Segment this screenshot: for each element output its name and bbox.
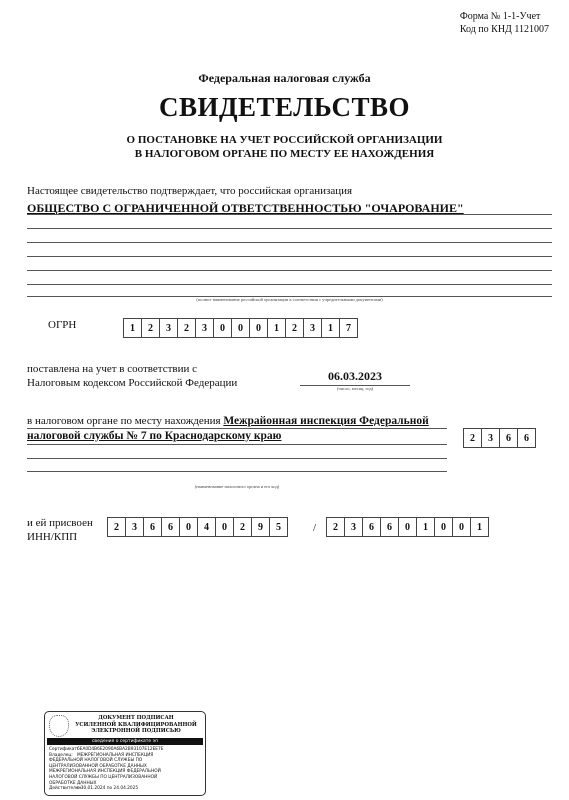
org-blank-rule [27,256,552,257]
digit-cell: 1 [417,518,435,536]
tax-authority: в налоговом органе по месту нахождения М… [27,414,447,444]
digit-cell: 6 [500,429,518,447]
digit-cell: 3 [196,319,214,337]
digit-cell: 1 [322,319,340,337]
registration-line-1: поставлена на учет в соответствии с [27,362,237,376]
registration-text: поставлена на учет в соответствии с Нало… [27,362,237,390]
ogrn-cells: 1232300012317 [123,318,358,338]
digit-cell: 3 [482,429,500,447]
digit-cell: 0 [453,518,471,536]
valid-value: с 30.01.2024 по 24.04.2025 [77,786,138,791]
org-blank-rule [27,242,552,243]
stamp-heading-3: ЭЛЕКТРОННОЙ ПОДПИСЬЮ [69,728,203,735]
subtitle-line-2: В НАЛОГОВОМ ОРГАНЕ ПО МЕСТУ ЕЕ НАХОЖДЕНИ… [0,147,569,161]
valid-label: Действителен: [49,786,77,792]
org-blank-rule [27,270,552,271]
authority-code-cells: 2366 [463,428,536,448]
digit-cell: 1 [268,319,286,337]
digit-cell: 6 [162,518,180,536]
stamp-heading: ДОКУМЕНТ ПОДПИСАН УСИЛЕННОЙ КВАЛИФИЦИРОВ… [69,715,203,735]
digit-cell: 4 [198,518,216,536]
coat-of-arms-icon [49,715,69,737]
electronic-signature-stamp: ДОКУМЕНТ ПОДПИСАН УСИЛЕННОЙ КВАЛИФИЦИРОВ… [44,711,206,796]
registration-date: 06.03.2023 [300,369,410,384]
digit-cell: 3 [126,518,144,536]
digit-cell: 1 [471,518,488,536]
stamp-bar: сведения о сертификате эп [47,738,203,745]
date-caption: (число, месяц, год) [300,386,410,391]
subtitle-line-1: О ПОСТАНОВКЕ НА УЧЕТ РОССИЙСКОЙ ОРГАНИЗА… [0,133,569,147]
digit-cell: 2 [178,319,196,337]
kpp-cells: 236601001 [326,517,489,537]
inn-kpp-label: и ей присвоен ИНН/КПП [27,516,93,544]
digit-cell: 0 [214,319,232,337]
digit-cell: 0 [216,518,234,536]
authority-rule [27,458,447,459]
inn-kpp-label-2: ИНН/КПП [27,530,93,544]
authority-rule [27,471,447,472]
digit-cell: 2 [234,518,252,536]
agency-name: Федеральная налоговая служба [0,71,569,86]
digit-cell: 3 [160,319,178,337]
authority-caption: (наименование налогового органа и его ко… [27,484,447,489]
digit-cell: 2 [108,518,126,536]
authority-rule [27,444,447,445]
registration-line-2: Налоговым кодексом Российской Федерации [27,376,237,390]
owner-line-1: МЕЖРЕГИОНАЛЬНАЯ ИНСПЕКЦИЯ [77,753,153,758]
document-title: СВИДЕТЕЛЬСТВО [0,92,569,123]
digit-cell: 6 [381,518,399,536]
inn-kpp-label-1: и ей присвоен [27,516,93,530]
org-name-rule [27,214,552,215]
digit-cell: 3 [345,518,363,536]
organization-caption: (полное наименование российской организа… [27,297,552,302]
authority-rule [27,428,447,429]
digit-cell: 9 [252,518,270,536]
knd-code: Код по КНД 1121007 [460,23,549,36]
tax-authority-name-2: налоговой службы № 7 по Краснодарскому к… [27,430,281,442]
inn-kpp-separator: / [313,522,316,534]
ogrn-label: ОГРН [48,319,76,331]
digit-cell: 6 [518,429,535,447]
digit-cell: 6 [144,518,162,536]
digit-cell: 0 [250,319,268,337]
digit-cell: 1 [124,319,142,337]
tax-authority-name-1: Межрайонная инспекция Федеральной [223,415,428,427]
inn-cells: 2366040295 [107,517,288,537]
digit-cell: 0 [232,319,250,337]
org-blank-rule [27,284,552,285]
digit-cell: 0 [180,518,198,536]
tax-authority-prefix: в налоговом органе по месту нахождения [27,415,221,427]
org-blank-rule [27,228,552,229]
form-code-block: Форма № 1-1-Учет Код по КНД 1121007 [460,10,549,36]
digit-cell: 2 [327,518,345,536]
digit-cell: 7 [340,319,357,337]
digit-cell: 5 [270,518,287,536]
certificate-value: 6EA0D4B6E2090A6BA2B93107E12EE7E [77,747,163,752]
digit-cell: 6 [363,518,381,536]
digit-cell: 0 [435,518,453,536]
organization-intro: Настоящее свидетельство подтверждает, чт… [27,185,352,197]
digit-cell: 2 [142,319,160,337]
digit-cell: 0 [399,518,417,536]
digit-cell: 2 [464,429,482,447]
document-subtitle: О ПОСТАНОВКЕ НА УЧЕТ РОССИЙСКОЙ ОРГАНИЗА… [0,133,569,161]
form-number: Форма № 1-1-Учет [460,10,549,23]
digit-cell: 3 [304,319,322,337]
stamp-body: Сертификат:6EA0D4B6E2090A6BA2B93107E12EE… [49,747,203,792]
digit-cell: 2 [286,319,304,337]
